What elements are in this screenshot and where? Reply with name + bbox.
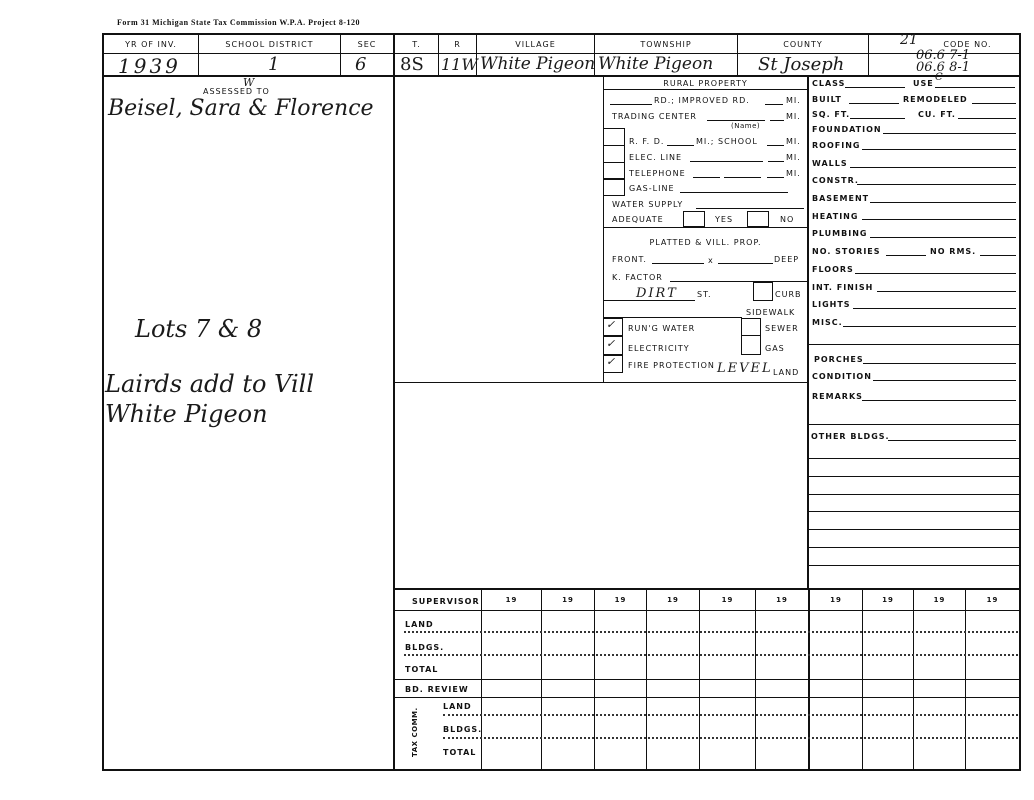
rfd-checkbox[interactable] [603, 128, 625, 146]
frame-top [102, 33, 1021, 35]
yr-of-inv-value[interactable]: 1939 [118, 54, 181, 78]
adequate-no-checkbox[interactable] [747, 211, 769, 227]
col-county: COUNTY [738, 40, 868, 49]
front-field[interactable] [652, 263, 704, 264]
sec-value[interactable]: 6 [355, 54, 366, 75]
village-value[interactable]: White Pigeon [480, 54, 595, 74]
year-header[interactable]: 19 [595, 596, 646, 604]
assessed-to-label: ASSESSED TO [203, 87, 270, 96]
curb-checkbox[interactable] [753, 282, 773, 301]
k-factor-field[interactable] [670, 281, 807, 282]
gas-checkbox[interactable] [741, 335, 761, 355]
code-annotation: 21 [900, 32, 918, 48]
frame-right [1019, 33, 1021, 771]
col-school-district: SCHOOL DISTRICT [199, 40, 340, 49]
gas-line-checkbox[interactable] [603, 178, 625, 196]
col-t: T. [395, 40, 438, 49]
year-header[interactable]: 19 [756, 596, 808, 604]
school-district-value[interactable]: 1 [268, 54, 279, 75]
year-header[interactable]: 19 [700, 596, 755, 604]
assessed-to-name[interactable]: Beisel, Sara & Florence [108, 96, 374, 121]
year-header[interactable]: 19 [863, 596, 913, 604]
township-value[interactable]: White Pigeon [598, 54, 713, 74]
col-sec: SEC [341, 40, 393, 49]
legal-description-line3[interactable]: White Pigeon [105, 400, 268, 428]
legal-description-line2[interactable]: Lairds add to Vill [105, 370, 314, 398]
frame-left [102, 33, 104, 771]
street-value[interactable]: DIRT [636, 286, 678, 301]
deep-field[interactable] [718, 263, 773, 264]
assessed-to-superscript: W [243, 76, 254, 89]
r-value[interactable]: 11W [441, 55, 478, 74]
supervisor-label: SUPERVISOR [412, 597, 480, 606]
platted-title: PLATTED & VILL. PROP. [604, 238, 807, 247]
year-header[interactable]: 19 [647, 596, 699, 604]
county-value[interactable]: St Joseph [758, 54, 844, 75]
year-header[interactable]: 19 [482, 596, 541, 604]
col-village: VILLAGE [477, 40, 594, 49]
year-header[interactable]: 19 [966, 596, 1019, 604]
trading-center-field[interactable] [707, 120, 765, 121]
elec-line-checkbox[interactable] [603, 145, 625, 163]
form-title: Form 31 Michigan State Tax Commission W.… [117, 18, 360, 27]
legal-description-line1[interactable]: Lots 7 & 8 [135, 315, 262, 343]
t-value[interactable]: 8S [400, 54, 424, 75]
rural-property-title: RURAL PROPERTY [604, 79, 807, 88]
year-header[interactable]: 19 [914, 596, 965, 604]
sewer-checkbox[interactable] [741, 318, 761, 336]
year-header[interactable]: 19 [542, 596, 594, 604]
adequate-yes-checkbox[interactable] [683, 211, 705, 227]
land-value[interactable]: LEVEL [717, 361, 773, 376]
frame-bottom [102, 769, 1021, 771]
year-header[interactable]: 19 [810, 596, 862, 604]
tax-comm-label: TAX COMM. [411, 717, 419, 757]
col-yr-of-inv: YR OF INV. [104, 40, 198, 49]
col-r: R [439, 40, 476, 49]
col-township: TOWNSHIP [595, 40, 737, 49]
code-no-line2[interactable]: 06.6 8-1 [916, 60, 970, 75]
